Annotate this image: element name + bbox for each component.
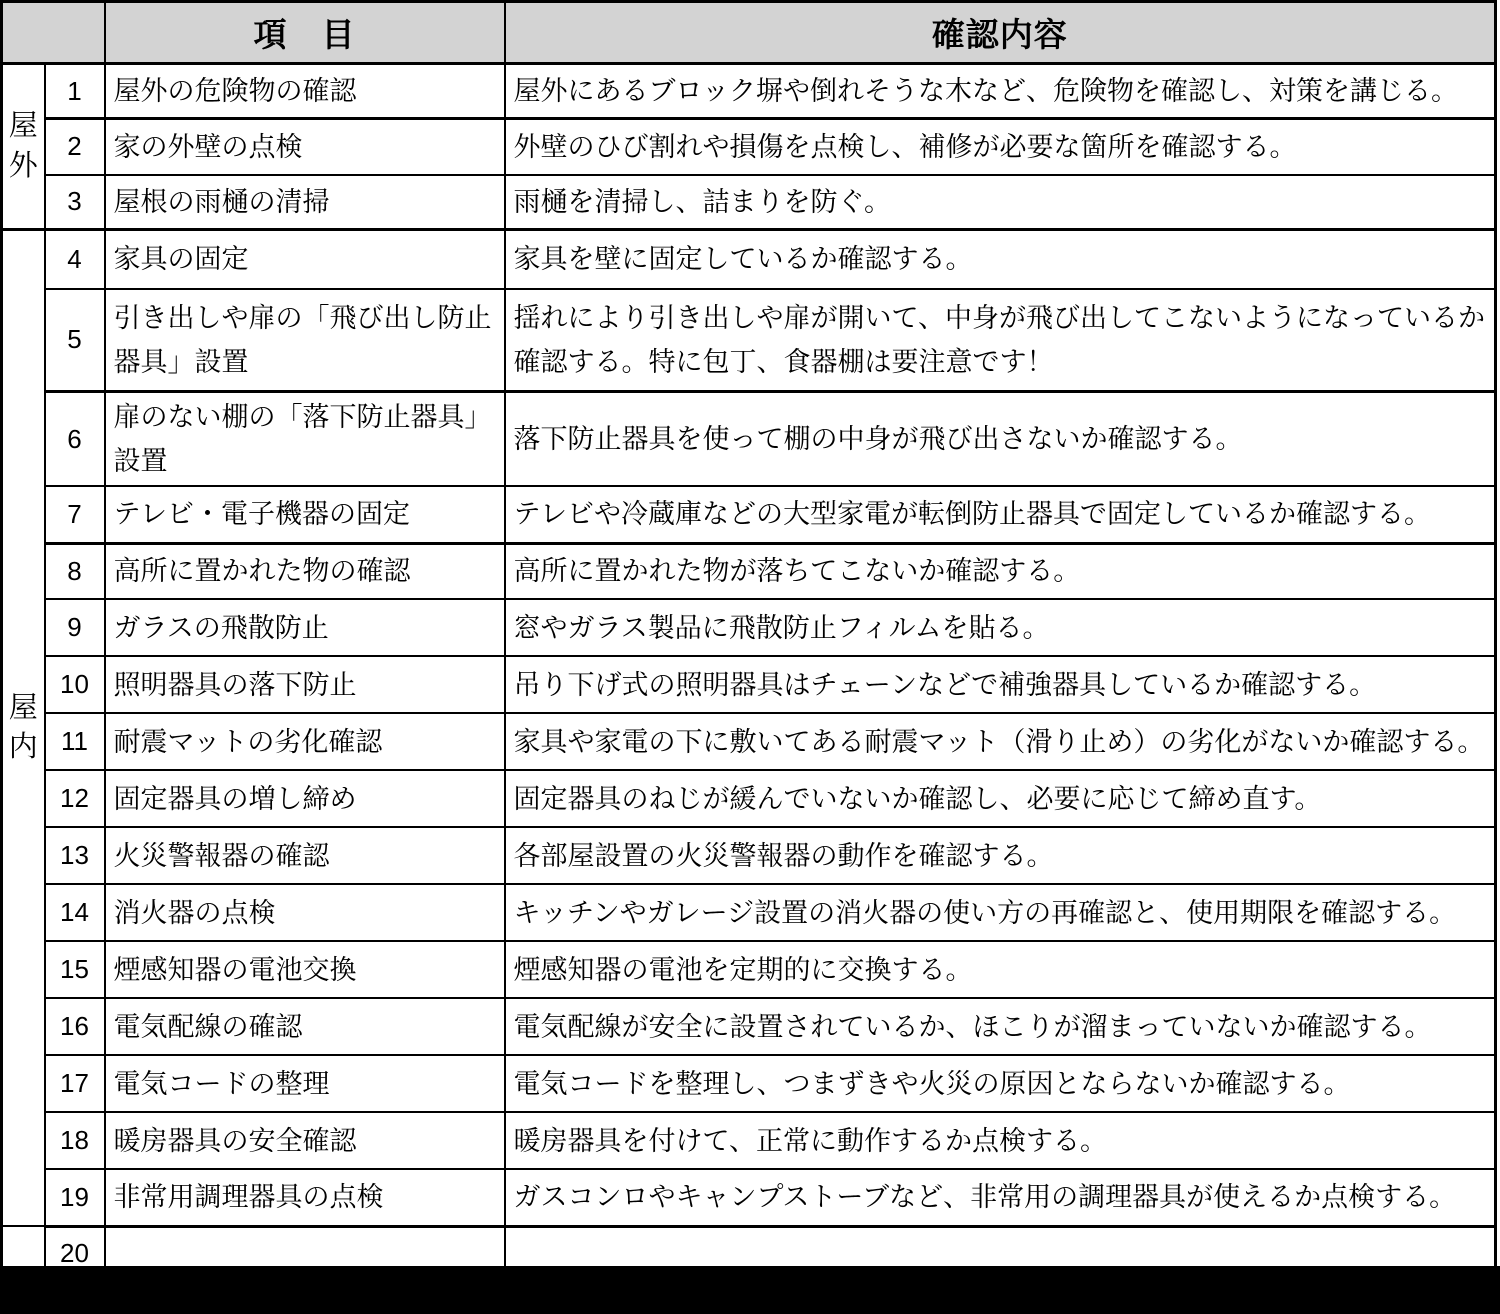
item-cell: 電気配線の確認	[105, 998, 505, 1055]
content-cell: 揺れにより引き出しや扉が開いて、中身が飛び出してこないようになっているか確認する…	[505, 289, 1496, 392]
row-number: 15	[45, 941, 105, 998]
item-cell: 屋根の雨樋の清掃	[105, 175, 505, 230]
item-cell: 家具の固定	[105, 230, 505, 289]
row-number: 5	[45, 289, 105, 392]
table-row: 16 電気配線の確認 電気配線が安全に設置されているか、ほこりが溜まっていないか…	[2, 998, 1496, 1055]
row-number: 9	[45, 599, 105, 656]
item-cell: 耐震マットの劣化確認	[105, 713, 505, 770]
item-cell: 家の外壁の点検	[105, 119, 505, 175]
row-number: 16	[45, 998, 105, 1055]
table-row: 3 屋根の雨樋の清掃 雨樋を清掃し、詰まりを防ぐ。	[2, 175, 1496, 230]
row-number: 18	[45, 1112, 105, 1169]
item-cell: 照明器具の落下防止	[105, 656, 505, 713]
row-number: 1	[45, 64, 105, 119]
table-row: 17 電気コードの整理 電気コードを整理し、つまずきや火災の原因とならないか確認…	[2, 1055, 1496, 1112]
row-number: 2	[45, 119, 105, 175]
table-row: 14 消火器の点検 キッチンやガレージ設置の消火器の使い方の再確認と、使用期限を…	[2, 884, 1496, 941]
content-cell: 落下防止器具を使って棚の中身が飛び出さないか確認する。	[505, 392, 1496, 487]
table-row: 8 高所に置かれた物の確認 高所に置かれた物が落ちてこないか確認する。	[2, 543, 1496, 599]
content-cell: ガスコンロやキャンプストーブなど、非常用の調理器具が使えるか点検する。	[505, 1169, 1496, 1226]
item-cell: 扉のない棚の「落下防止器具」設置	[105, 392, 505, 487]
table-row: 7 テレビ・電子機器の固定 テレビや冷蔵庫などの大型家電が転倒防止器具で固定して…	[2, 486, 1496, 543]
content-cell: 雨樋を清掃し、詰まりを防ぐ。	[505, 175, 1496, 230]
table-row: 10 照明器具の落下防止 吊り下げ式の照明器具はチェーンなどで補強器具しているか…	[2, 656, 1496, 713]
item-cell: 高所に置かれた物の確認	[105, 543, 505, 599]
item-cell: 電気コードの整理	[105, 1055, 505, 1112]
item-cell: 暖房器具の安全確認	[105, 1112, 505, 1169]
content-cell: 各部屋設置の火災警報器の動作を確認する。	[505, 827, 1496, 884]
group-label-indoor: 屋内	[2, 230, 45, 1227]
content-cell: 家具を壁に固定しているか確認する。	[505, 230, 1496, 289]
item-cell: 煙感知器の電池交換	[105, 941, 505, 998]
header-row: 項 目 確認内容	[2, 2, 1496, 64]
table-row: 2 家の外壁の点検 外壁のひび割れや損傷を点検し、補修が必要な箇所を確認する。	[2, 119, 1496, 175]
row-number: 12	[45, 770, 105, 827]
row-number: 3	[45, 175, 105, 230]
row-number: 4	[45, 230, 105, 289]
item-cell: テレビ・電子機器の固定	[105, 486, 505, 543]
content-cell: 屋外にあるブロック塀や倒れそうな木など、危険物を確認し、対策を講じる。	[505, 64, 1496, 119]
table-row: 12 固定器具の増し締め 固定器具のねじが緩んでいないか確認し、必要に応じて締め…	[2, 770, 1496, 827]
item-cell: 引き出しや扉の「飛び出し防止器具」設置	[105, 289, 505, 392]
header-content-column: 確認内容	[505, 2, 1496, 64]
table-row: 11 耐震マットの劣化確認 家具や家電の下に敷いてある耐震マット（滑り止め）の劣…	[2, 713, 1496, 770]
table-row: 5 引き出しや扉の「飛び出し防止器具」設置 揺れにより引き出しや扉が開いて、中身…	[2, 289, 1496, 392]
content-cell: テレビや冷蔵庫などの大型家電が転倒防止器具で固定しているか確認する。	[505, 486, 1496, 543]
content-cell: 家具や家電の下に敷いてある耐震マット（滑り止め）の劣化がないか確認する。	[505, 713, 1496, 770]
content-cell: 窓やガラス製品に飛散防止フィルムを貼る。	[505, 599, 1496, 656]
row-number: 6	[45, 392, 105, 487]
content-cell: 外壁のひび割れや損傷を点検し、補修が必要な箇所を確認する。	[505, 119, 1496, 175]
table-row: 13 火災警報器の確認 各部屋設置の火災警報器の動作を確認する。	[2, 827, 1496, 884]
row-number: 13	[45, 827, 105, 884]
item-cell: 屋外の危険物の確認	[105, 64, 505, 119]
content-cell: 煙感知器の電池を定期的に交換する。	[505, 941, 1496, 998]
content-cell: 吊り下げ式の照明器具はチェーンなどで補強器具しているか確認する。	[505, 656, 1496, 713]
table-row: 6 扉のない棚の「落下防止器具」設置 落下防止器具を使って棚の中身が飛び出さない…	[2, 392, 1496, 487]
checklist-table: 項 目 確認内容 屋外 1 屋外の危険物の確認 屋外にあるブロック塀や倒れそうな…	[0, 0, 1497, 1282]
item-cell: 固定器具の増し締め	[105, 770, 505, 827]
table-row: 9 ガラスの飛散防止 窓やガラス製品に飛散防止フィルムを貼る。	[2, 599, 1496, 656]
header-corner-cell	[2, 2, 105, 64]
row-number: 8	[45, 543, 105, 599]
row-number: 19	[45, 1169, 105, 1226]
table-row: 15 煙感知器の電池交換 煙感知器の電池を定期的に交換する。	[2, 941, 1496, 998]
item-cell: 非常用調理器具の点検	[105, 1169, 505, 1226]
header-item-column: 項 目	[105, 2, 505, 64]
row-number: 7	[45, 486, 105, 543]
content-cell: 暖房器具を付けて、正常に動作するか点検する。	[505, 1112, 1496, 1169]
content-cell: 電気コードを整理し、つまずきや火災の原因とならないか確認する。	[505, 1055, 1496, 1112]
item-cell: 火災警報器の確認	[105, 827, 505, 884]
content-cell: キッチンやガレージ設置の消火器の使い方の再確認と、使用期限を確認する。	[505, 884, 1496, 941]
table-row: 18 暖房器具の安全確認 暖房器具を付けて、正常に動作するか点検する。	[2, 1112, 1496, 1169]
row-number: 11	[45, 713, 105, 770]
content-cell: 固定器具のねじが緩んでいないか確認し、必要に応じて締め直す。	[505, 770, 1496, 827]
table-row: 19 非常用調理器具の点検 ガスコンロやキャンプストーブなど、非常用の調理器具が…	[2, 1169, 1496, 1226]
content-cell: 高所に置かれた物が落ちてこないか確認する。	[505, 543, 1496, 599]
table-row: 屋内 4 家具の固定 家具を壁に固定しているか確認する。	[2, 230, 1496, 289]
row-number: 17	[45, 1055, 105, 1112]
table-row: 屋外 1 屋外の危険物の確認 屋外にあるブロック塀や倒れそうな木など、危険物を確…	[2, 64, 1496, 119]
row-number: 10	[45, 656, 105, 713]
item-cell: 消火器の点検	[105, 884, 505, 941]
bottom-black-band	[0, 1266, 1500, 1314]
content-cell: 電気配線が安全に設置されているか、ほこりが溜まっていないか確認する。	[505, 998, 1496, 1055]
group-label-outdoor: 屋外	[2, 64, 45, 230]
row-number: 14	[45, 884, 105, 941]
item-cell: ガラスの飛散防止	[105, 599, 505, 656]
